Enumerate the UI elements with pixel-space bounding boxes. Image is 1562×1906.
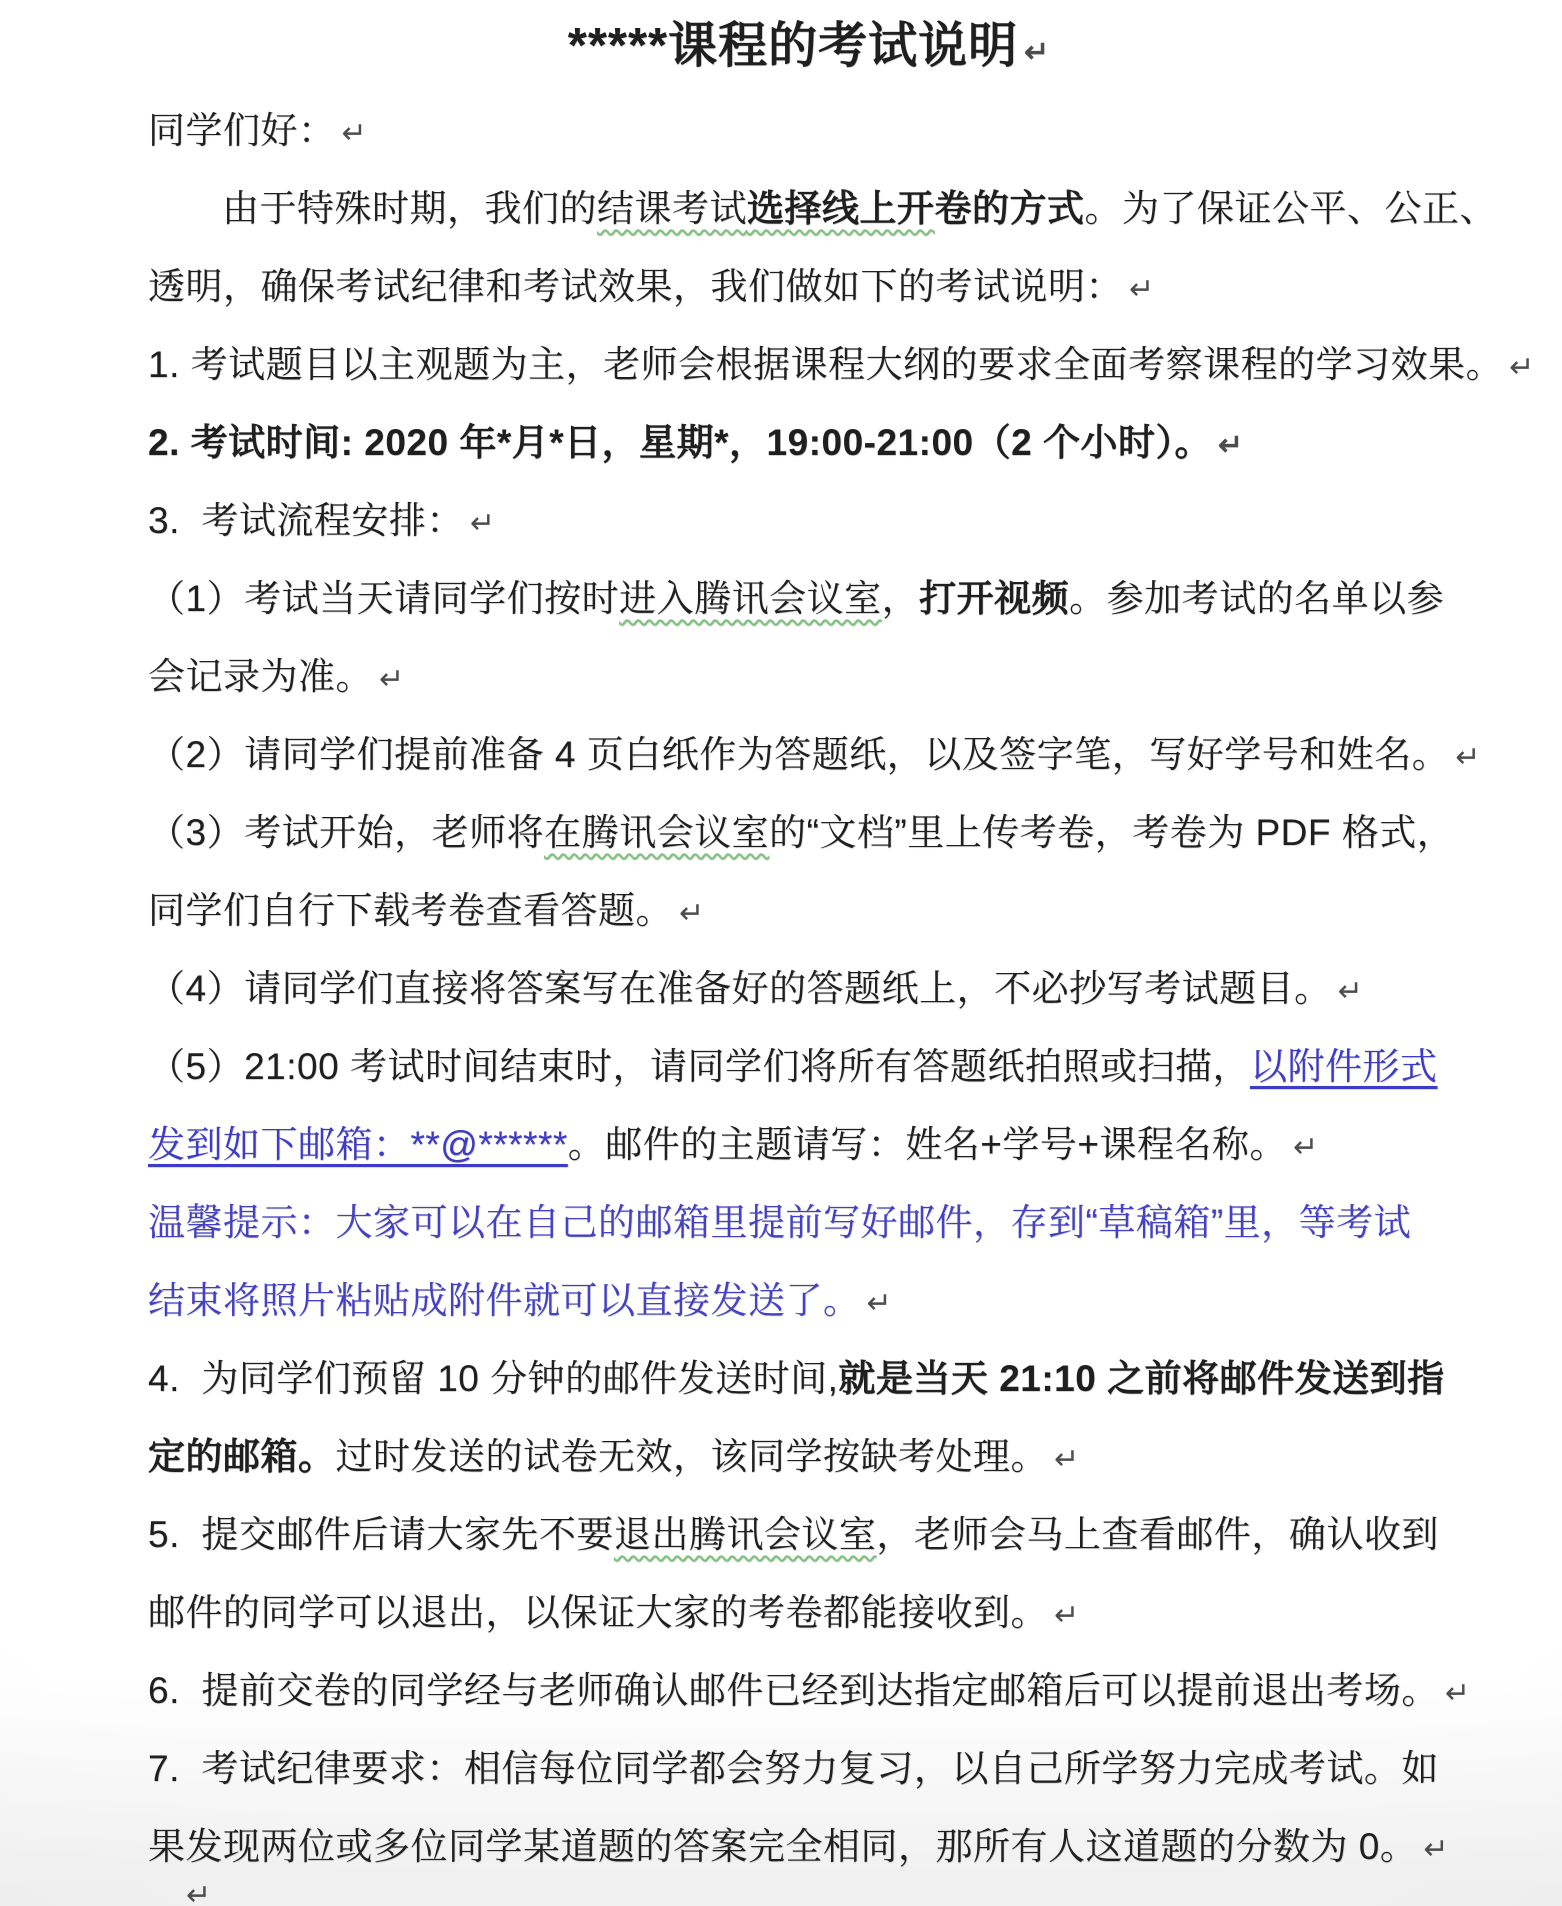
item-1: 1. 考试题目以主观题为主，老师会根据课程大纲的要求全面考察课程的学习效果。↵ xyxy=(148,326,1470,404)
intro-line-1: 由于特殊时期，我们的结课考试选择线上开卷的方式。为了保证公平、公正、 xyxy=(148,170,1470,248)
text-run: （5）21:00 考试时间结束时，请同学们将所有答题纸拍照或扫描， xyxy=(148,1046,1250,1087)
paragraph-mark-icon: ↵ xyxy=(1503,351,1535,384)
paragraph-mark-icon: ↵ xyxy=(1417,1833,1449,1866)
item-5-line-2: 邮件的同学可以退出，以保证大家的考卷都能接收到。↵ xyxy=(148,1574,1470,1652)
item-3-heading: 3. 考试流程安排：↵ xyxy=(148,482,1470,560)
text-run: 1. 考试题目以主观题为主，老师会根据课程大纲的要求全面考察课程的学习效果。 xyxy=(148,344,1503,385)
greeting-line: 同学们好：↵ xyxy=(148,92,1470,170)
item-2-exam-time: 2. 考试时间: 2020 年*月*日，星期*，19:00-21:00（2 个小… xyxy=(148,404,1470,482)
item-4-line-1: 4. 为同学们预留 10 分钟的邮件发送时间,就是当天 21:10 之前将邮件发… xyxy=(148,1340,1470,1418)
text-run: 6. 提前交卷的同学经与老师确认邮件已经到达指定邮箱后可以提前退出考场。 xyxy=(148,1670,1439,1711)
text-run: 邮件的同学可以退出，以保证大家的考卷都能接收到。 xyxy=(148,1592,1048,1633)
text-run: 7. 考试纪律要求：相信每位同学都会努力复习，以自己所学努力完成考试。如 xyxy=(148,1748,1439,1789)
text-run: （1）考试当天请同学们按时 xyxy=(148,578,619,619)
item-5-line-1: 5. 提交邮件后请大家先不要退出腾讯会议室，老师会马上查看邮件，确认收到 xyxy=(148,1496,1470,1574)
text-run: 4. 为同学们预留 10 分钟的邮件发送时间, xyxy=(148,1358,838,1399)
tip-text: 结束将照片粘贴成附件就可以直接发送了。 xyxy=(148,1280,861,1321)
item-3-5-line-1: （5）21:00 考试时间结束时，请同学们将所有答题纸拍照或扫描，以附件形式 xyxy=(148,1028,1470,1106)
bold-emphasis-run: 打开视频 xyxy=(919,578,1069,619)
item-3-1-line-1: （1）考试当天请同学们按时进入腾讯会议室，打开视频。参加考试的名单以参 xyxy=(148,560,1470,638)
paragraph-mark-icon: ↵ xyxy=(1439,1677,1471,1710)
paragraph-mark-icon: ↵ xyxy=(673,897,705,930)
intro-line-2: 透明，确保考试纪律和考试效果，我们做如下的考试说明：↵ xyxy=(148,248,1470,326)
bold-emphasis-run: 选择线上开 xyxy=(747,188,935,229)
paragraph-mark-icon: ↵ xyxy=(1123,273,1155,306)
item-3-2: （2）请同学们提前准备 4 页白纸作为答题纸，以及签字笔，写好学号和姓名。↵ xyxy=(148,716,1470,794)
document-title: *****课程的考试说明↵ xyxy=(148,0,1470,92)
item-7-line-2: 果发现两位或多位同学某道题的答案完全相同，那所有人这道题的分数为 0。↵ xyxy=(148,1808,1470,1886)
paragraph-mark-icon: ↵ xyxy=(336,117,368,150)
tip-line-1: 温馨提示：大家可以在自己的邮箱里提前写好邮件，存到“草稿箱”里，等考试 xyxy=(148,1184,1470,1262)
paragraph-mark-icon: ↵ xyxy=(1332,975,1364,1008)
paragraph-mark-icon: ↵ xyxy=(464,507,496,540)
item-4-line-2: 定的邮箱。过时发送的试卷无效，该同学按缺考处理。↵ xyxy=(148,1418,1470,1496)
scanned-exam-notice-page: *****课程的考试说明↵ 同学们好：↵ 由于特殊时期，我们的结课考试选择线上开… xyxy=(0,0,1562,1906)
text-run: ， xyxy=(882,578,920,619)
item-3-5-line-2: 发到如下邮箱：**@******。邮件的主题请写：姓名+学号+课程名称。↵ xyxy=(148,1106,1470,1184)
text-run: 由于特殊时期，我们的 xyxy=(222,188,597,229)
item-7-line-1: 7. 考试纪律要求：相信每位同学都会努力复习，以自己所学努力完成考试。如 xyxy=(148,1730,1470,1808)
bold-emphasis-run: 2. 考试时间: 2020 年*月*日，星期*，19:00-21:00（2 个小… xyxy=(148,422,1212,463)
paragraph-mark-icon: ↵ xyxy=(1212,429,1244,462)
text-run: （4）请同学们直接将答案写在准备好的答题纸上，不必抄写考试题目。 xyxy=(148,968,1332,1009)
text-run: 会记录为准。 xyxy=(148,656,373,697)
bold-emphasis-run: 就是当天 21:10 之前将邮件发送到指 xyxy=(838,1358,1444,1399)
attachment-link-text[interactable]: 以附件形式 xyxy=(1250,1046,1438,1087)
bold-emphasis-run: 卷的方式 xyxy=(935,188,1085,229)
spellcheck-underline-run: 结课考试 xyxy=(597,188,747,229)
title-text: *****课程的考试说明 xyxy=(568,19,1018,73)
paragraph-mark-icon: ↵ xyxy=(1048,1599,1080,1632)
text-run: 3. 考试流程安排： xyxy=(148,500,464,541)
text-run: 。为了保证公平、公正、 xyxy=(1085,188,1498,229)
paragraph-mark-icon: ↵ xyxy=(1048,1443,1080,1476)
tip-line-2: 结束将照片粘贴成附件就可以直接发送了。↵ xyxy=(148,1262,1470,1340)
spellcheck-underline-run: 在腾讯会议室 xyxy=(544,812,769,853)
spellcheck-underline-run: 进入腾讯会议室 xyxy=(619,578,882,619)
spellcheck-underline-run: 退出腾讯会议室 xyxy=(614,1514,877,1555)
paragraph-mark-icon: ↵ xyxy=(1287,1131,1319,1164)
empty-paragraph: ↵ xyxy=(148,1886,1470,1906)
exam-instructions-document: *****课程的考试说明↵ 同学们好：↵ 由于特殊时期，我们的结课考试选择线上开… xyxy=(0,0,1562,1906)
paragraph-mark-icon: ↵ xyxy=(1449,741,1481,774)
paragraph-mark-icon: ↵ xyxy=(373,663,405,696)
text-run: 的“文档”里上传考卷，考卷为 PDF 格式， xyxy=(769,812,1454,853)
text-run: 同学们好： xyxy=(148,110,336,151)
paragraph-mark-icon: ↵ xyxy=(148,1879,211,1906)
text-run: 透明，确保考试纪律和考试效果，我们做如下的考试说明： xyxy=(148,266,1123,307)
item-3-3-line-1: （3）考试开始，老师将在腾讯会议室的“文档”里上传考卷，考卷为 PDF 格式， xyxy=(148,794,1470,872)
item-3-1-line-2: 会记录为准。↵ xyxy=(148,638,1470,716)
text-run: 5. 提交邮件后请大家先不要 xyxy=(148,1514,614,1555)
text-run: 。参加考试的名单以参 xyxy=(1069,578,1444,619)
tip-text: 温馨提示：大家可以在自己的邮箱里提前写好邮件，存到“草稿箱”里，等考试 xyxy=(148,1202,1411,1243)
email-address-link[interactable]: 发到如下邮箱：**@****** xyxy=(148,1124,568,1165)
item-3-3-line-2: 同学们自行下载考卷查看答题。↵ xyxy=(148,872,1470,950)
text-run: 过时发送的试卷无效，该同学按缺考处理。 xyxy=(336,1436,1049,1477)
paragraph-mark-icon: ↵ xyxy=(861,1287,893,1320)
text-run: 。邮件的主题请写：姓名+学号+课程名称。 xyxy=(568,1124,1287,1165)
text-run: （3）考试开始，老师将 xyxy=(148,812,544,853)
text-run: ，老师会马上查看邮件，确认收到 xyxy=(876,1514,1439,1555)
item-6: 6. 提前交卷的同学经与老师确认邮件已经到达指定邮箱后可以提前退出考场。↵ xyxy=(148,1652,1470,1730)
text-run: 果发现两位或多位同学某道题的答案完全相同，那所有人这道题的分数为 0。 xyxy=(148,1826,1417,1867)
bold-emphasis-run: 定的邮箱。 xyxy=(148,1436,336,1477)
paragraph-mark-icon: ↵ xyxy=(1018,36,1050,69)
item-3-4: （4）请同学们直接将答案写在准备好的答题纸上，不必抄写考试题目。↵ xyxy=(148,950,1470,1028)
text-run: 同学们自行下载考卷查看答题。 xyxy=(148,890,673,931)
text-run: （2）请同学们提前准备 4 页白纸作为答题纸，以及签字笔，写好学号和姓名。 xyxy=(148,734,1449,775)
